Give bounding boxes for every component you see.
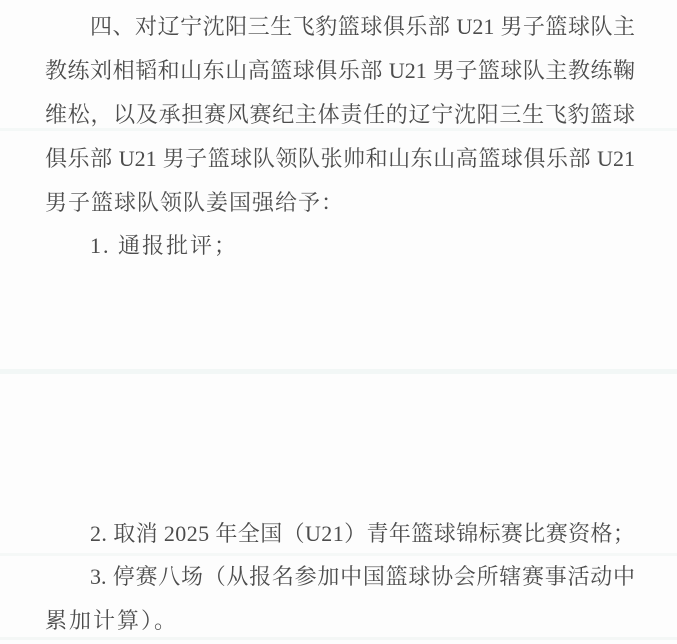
paragraph-line-1: 四、对辽宁沈阳三生飞豹篮球俱乐部 U21 男子篮球队主 xyxy=(45,14,635,40)
scan-artifact-band xyxy=(0,128,677,131)
list-item-3-line-1: 3. 停赛八场（从报名参加中国篮球协会所辖赛事活动中 xyxy=(45,564,635,590)
paragraph-line-2: 教练刘相韬和山东山高篮球俱乐部 U21 男子篮球队主教练鞠 xyxy=(45,58,635,84)
list-item-3-line-2: 累加计算）。 xyxy=(45,608,178,634)
scan-artifact-band xyxy=(0,369,677,374)
list-item-2: 2. 取消 2025 年全国（U21）青年篮球锦标赛比赛资格； xyxy=(90,521,635,547)
paragraph-line-5: 男子篮球队领队姜国强给予： xyxy=(45,190,635,216)
list-item-1: 1. 通报批评； xyxy=(90,233,238,259)
paragraph-line-4: 俱乐部 U21 男子篮球队领队张帅和山东山高篮球俱乐部 U21 xyxy=(45,146,635,172)
scan-artifact-band xyxy=(0,553,677,556)
scan-artifact-band xyxy=(0,637,677,640)
paragraph-line-3: 维松，以及承担赛风赛纪主体责任的辽宁沈阳三生飞豹篮球 xyxy=(45,102,635,128)
document-page: 四、对辽宁沈阳三生飞豹篮球俱乐部 U21 男子篮球队主 教练刘相韬和山东山高篮球… xyxy=(0,0,677,644)
